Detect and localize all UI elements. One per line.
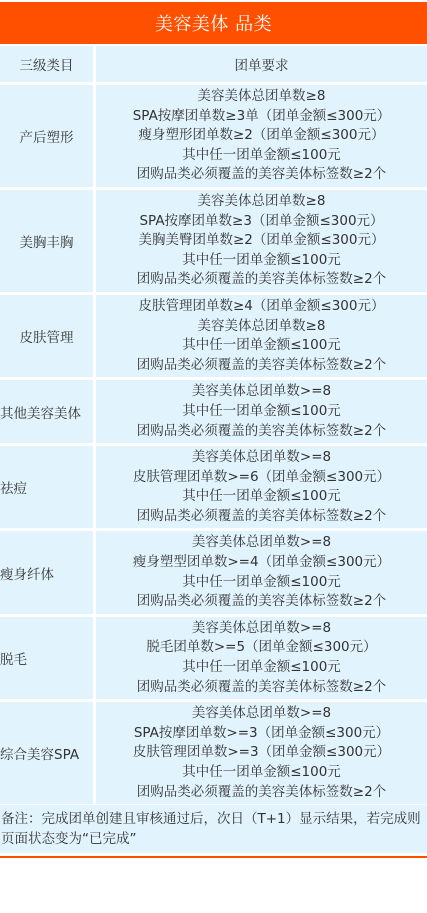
- requirement-line: 脱毛团单数>=5（团单金额≤300元）: [96, 638, 427, 658]
- requirement-line: 团购品类必须覆盖的美容美体标签数≥2个: [96, 422, 427, 442]
- requirement-line: 皮肤管理团单数≥4（团单金额≤300元）: [96, 297, 427, 317]
- requirement-line: 其中任一团单金额≤100元: [96, 251, 427, 271]
- bottom-divider: [0, 856, 427, 858]
- footnote: 备注：完成团单创建且审核通过后，次日（T+1）显示结果，若完成则页面状态变为“已…: [0, 805, 427, 853]
- requirement-line: 团购品类必须覆盖的美容美体标签数≥2个: [96, 678, 427, 698]
- row-requirements: 美容美体总团单数>=8SPA按摩团单数>=3（团单金额≤300元）皮肤管理团单数…: [96, 702, 427, 804]
- page-title: 美容美体 品类: [0, 2, 427, 44]
- requirement-line: 皮肤管理团单数>=6（团单金额≤300元）: [96, 468, 427, 488]
- row-requirements: 美容美体总团单数>=8瘦身塑型团单数>=4（团单金额≤300元）其中任一团单金额…: [96, 531, 427, 613]
- requirement-line: 团购品类必须覆盖的美容美体标签数≥2个: [96, 165, 427, 185]
- row-requirements: 美容美体总团单数>=8其中任一团单金额≤100元团购品类必须覆盖的美容美体标签数…: [96, 380, 427, 443]
- requirement-line: 皮肤管理团单数>=3（团单金额≤300元）: [96, 743, 427, 763]
- row-requirements: 皮肤管理团单数≥4（团单金额≤300元）美容美体总团单数≥8其中任一团单金额≤1…: [96, 295, 427, 377]
- requirement-line: 团购品类必须覆盖的美容美体标签数≥2个: [96, 783, 427, 803]
- row-category: 祛痘: [0, 446, 96, 528]
- requirement-line: 其中任一团单金额≤100元: [96, 146, 427, 166]
- table-header-row: 三级类目 团单要求: [0, 46, 427, 82]
- header-requirements: 团单要求: [96, 46, 427, 82]
- table-row: 产后塑形美容美体总团单数≥8SPA按摩团单数≥3单（团单金额≤300元）瘦身塑形…: [0, 85, 427, 187]
- requirement-line: 美容美体总团单数>=8: [96, 448, 427, 468]
- table-row: 美胸丰胸美容美体总团单数≥8SPA按摩团单数≥3（团单金额≤300元）美胸美臀团…: [0, 190, 427, 292]
- requirement-line: 美胸美臀团单数≥2（团单金额≤300元）: [96, 231, 427, 251]
- row-category: 皮肤管理: [0, 295, 96, 377]
- requirement-line: 美容美体总团单数≥8: [96, 317, 427, 337]
- requirement-line: 美容美体总团单数>=8: [96, 533, 427, 553]
- category-requirements-card: 美容美体 品类 三级类目 团单要求 产后塑形美容美体总团单数≥8SPA按摩团单数…: [0, 2, 427, 858]
- requirement-line: 其中任一团单金额≤100元: [96, 658, 427, 678]
- row-requirements: 美容美体总团单数>=8皮肤管理团单数>=6（团单金额≤300元）其中任一团单金额…: [96, 446, 427, 528]
- requirement-line: 其中任一团单金额≤100元: [96, 763, 427, 783]
- table-row: 瘦身纤体美容美体总团单数>=8瘦身塑型团单数>=4（团单金额≤300元）其中任一…: [0, 531, 427, 613]
- requirement-line: 其中任一团单金额≤100元: [96, 573, 427, 593]
- requirement-line: 瘦身塑型团单数>=4（团单金额≤300元）: [96, 553, 427, 573]
- table-row: 其他美容美体美容美体总团单数>=8其中任一团单金额≤100元团购品类必须覆盖的美…: [0, 380, 427, 443]
- row-category: 美胸丰胸: [0, 190, 96, 292]
- row-requirements: 美容美体总团单数≥8SPA按摩团单数≥3单（团单金额≤300元）瘦身塑形团单数≥…: [96, 85, 427, 187]
- requirement-line: 其中任一团单金额≤100元: [96, 402, 427, 422]
- requirement-line: 团购品类必须覆盖的美容美体标签数≥2个: [96, 270, 427, 290]
- row-category: 综合美容SPA: [0, 702, 96, 804]
- row-category: 其他美容美体: [0, 380, 96, 443]
- requirement-line: 其中任一团单金额≤100元: [96, 487, 427, 507]
- requirements-table: 三级类目 团单要求 产后塑形美容美体总团单数≥8SPA按摩团单数≥3单（团单金额…: [0, 43, 427, 807]
- requirement-line: 美容美体总团单数≥8: [96, 192, 427, 212]
- row-requirements: 美容美体总团单数>=8脱毛团单数>=5（团单金额≤300元）其中任一团单金额≤1…: [96, 617, 427, 699]
- requirement-line: 美容美体总团单数>=8: [96, 382, 427, 402]
- requirement-line: SPA按摩团单数>=3（团单金额≤300元）: [96, 724, 427, 744]
- requirement-line: 美容美体总团单数≥8: [96, 87, 427, 107]
- row-category: 脱毛: [0, 617, 96, 699]
- requirement-line: 团购品类必须覆盖的美容美体标签数≥2个: [96, 592, 427, 612]
- requirement-line: 团购品类必须覆盖的美容美体标签数≥2个: [96, 356, 427, 376]
- requirement-line: 瘦身塑形团单数≥2（团单金额≤300元）: [96, 126, 427, 146]
- row-category: 瘦身纤体: [0, 531, 96, 613]
- requirement-line: SPA按摩团单数≥3单（团单金额≤300元）: [96, 107, 427, 127]
- table-row: 综合美容SPA美容美体总团单数>=8SPA按摩团单数>=3（团单金额≤300元）…: [0, 702, 427, 804]
- requirement-line: 团购品类必须覆盖的美容美体标签数≥2个: [96, 507, 427, 527]
- header-category: 三级类目: [0, 46, 96, 82]
- table-row: 皮肤管理皮肤管理团单数≥4（团单金额≤300元）美容美体总团单数≥8其中任一团单…: [0, 295, 427, 377]
- requirement-line: SPA按摩团单数≥3（团单金额≤300元）: [96, 212, 427, 232]
- requirement-line: 美容美体总团单数>=8: [96, 704, 427, 724]
- requirement-line: 其中任一团单金额≤100元: [96, 336, 427, 356]
- requirement-line: 美容美体总团单数>=8: [96, 619, 427, 639]
- row-requirements: 美容美体总团单数≥8SPA按摩团单数≥3（团单金额≤300元）美胸美臀团单数≥2…: [96, 190, 427, 292]
- table-row: 祛痘美容美体总团单数>=8皮肤管理团单数>=6（团单金额≤300元）其中任一团单…: [0, 446, 427, 528]
- table-row: 脱毛美容美体总团单数>=8脱毛团单数>=5（团单金额≤300元）其中任一团单金额…: [0, 617, 427, 699]
- row-category: 产后塑形: [0, 85, 96, 187]
